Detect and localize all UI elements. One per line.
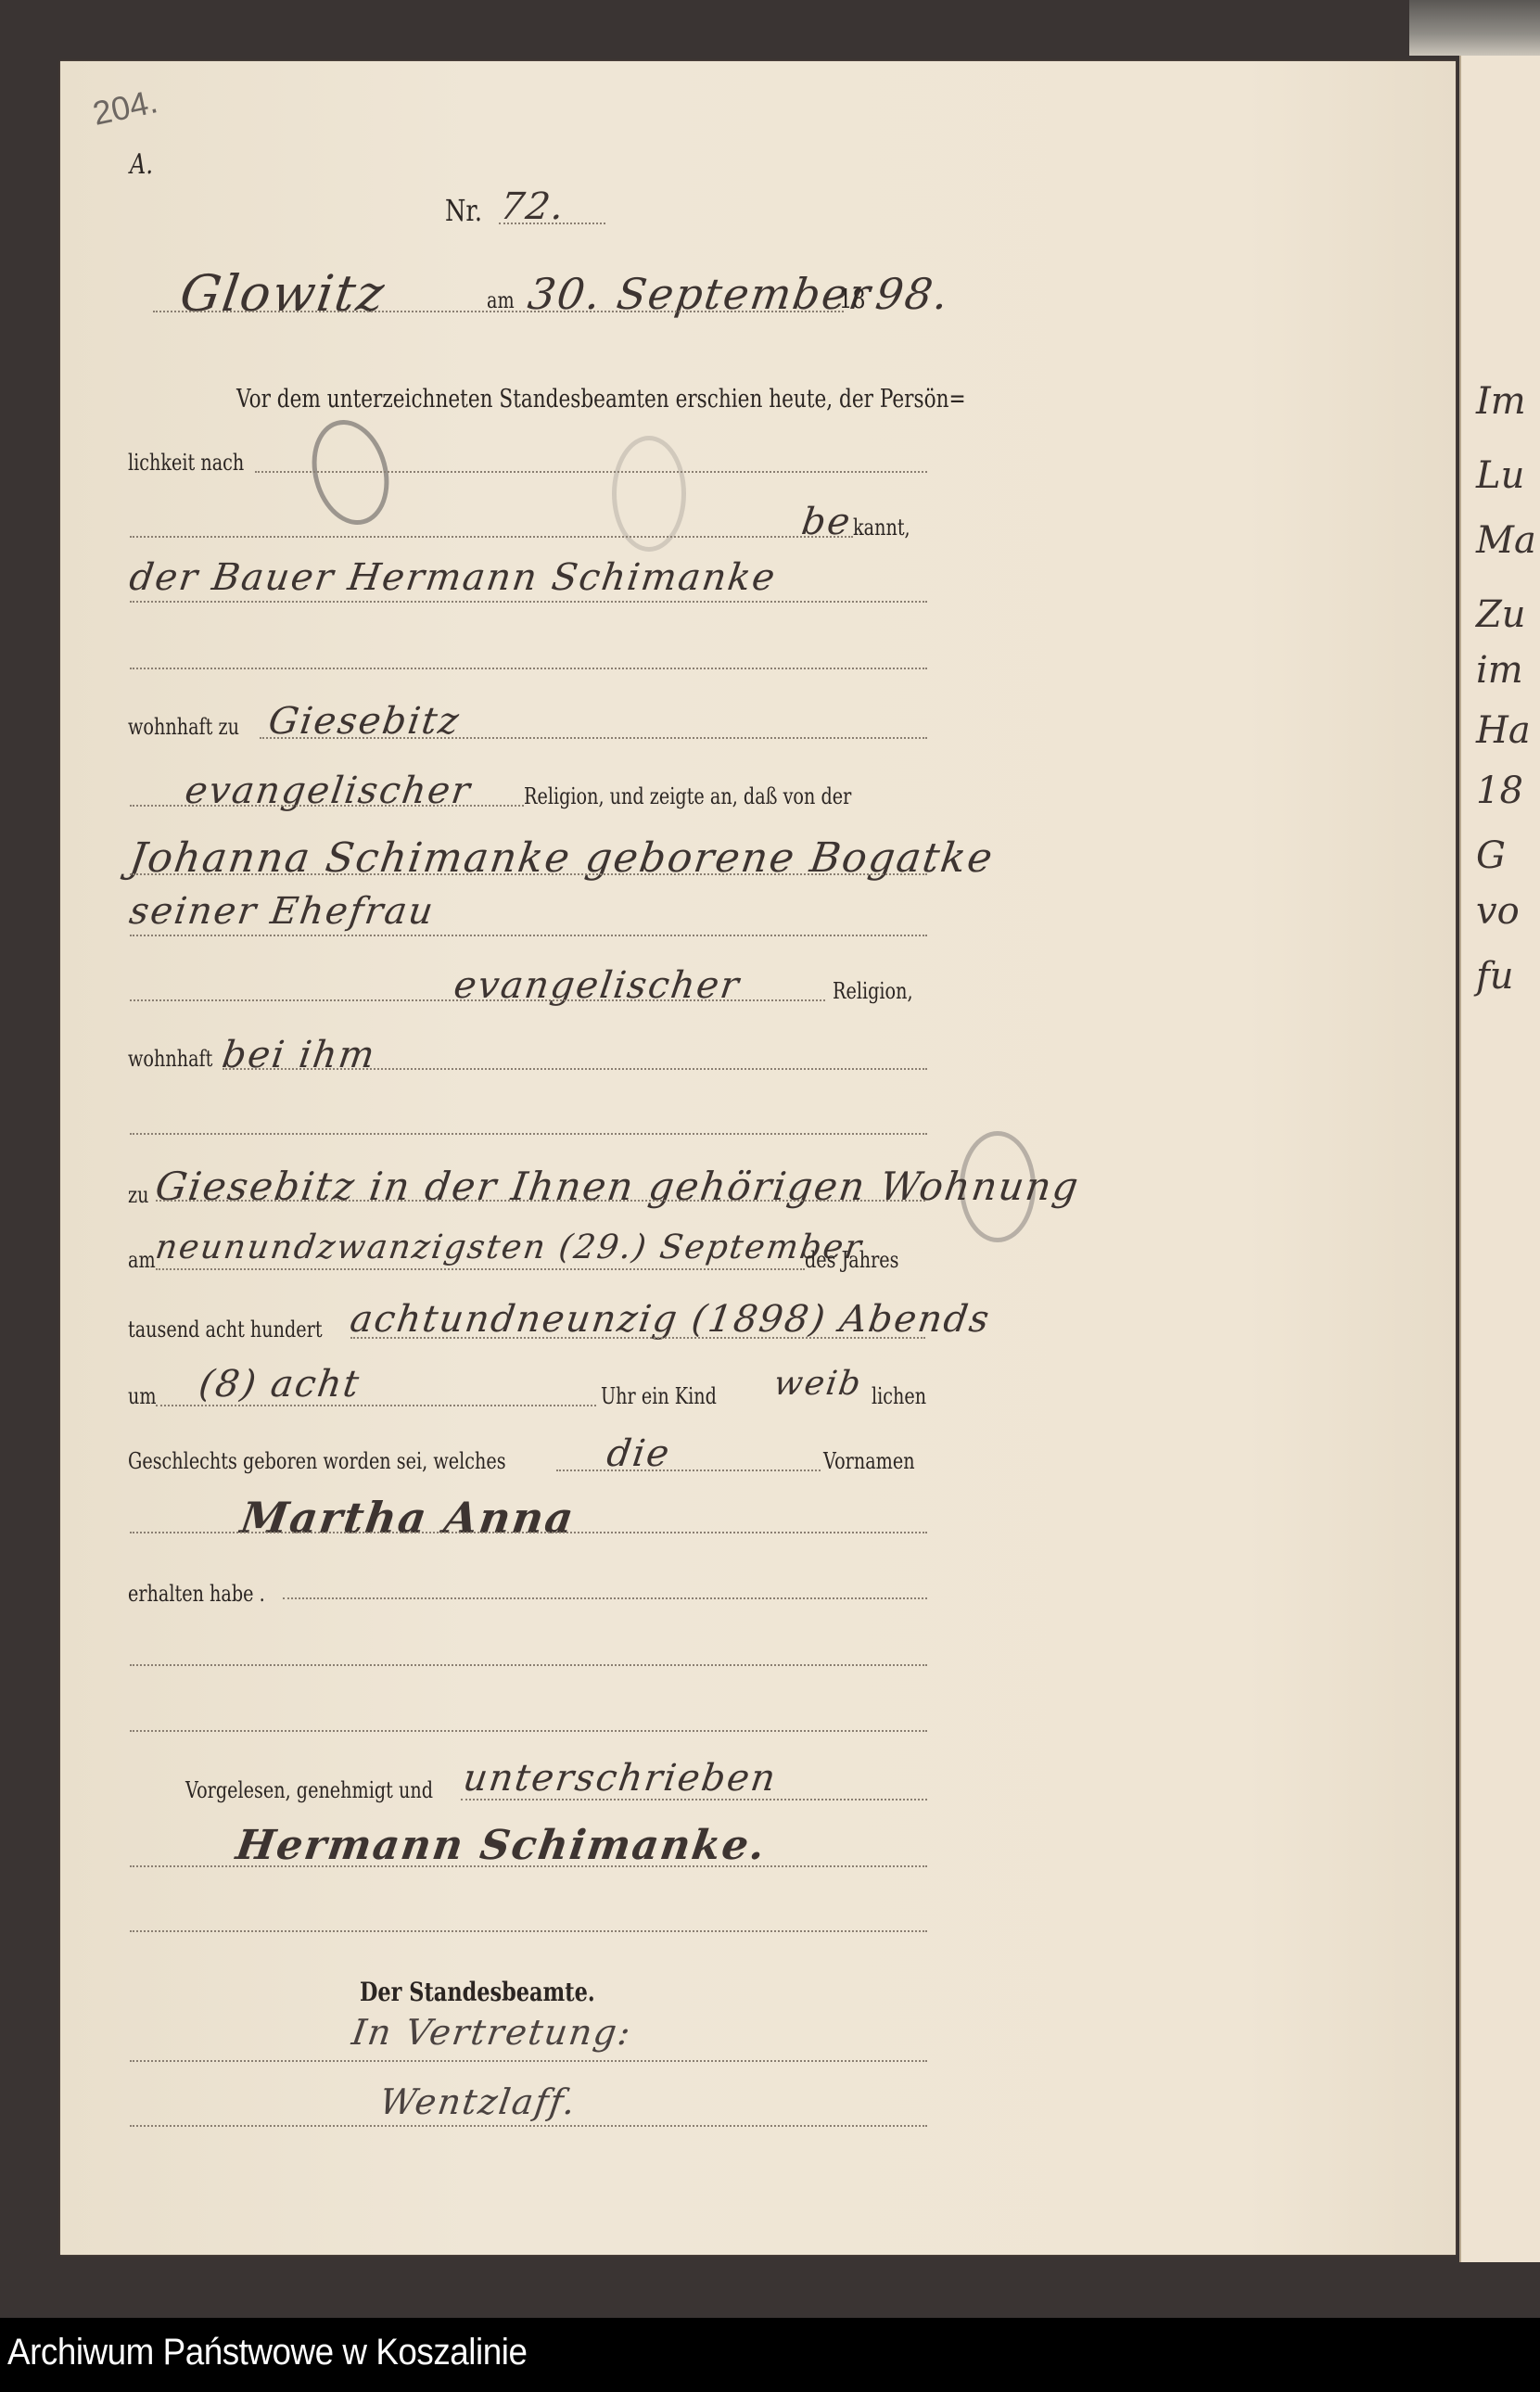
vorgelesen-label: Vorgelesen, genehmigt und: [185, 1777, 433, 1803]
facing-page-text: Zu: [1476, 593, 1526, 636]
dotted-line: [130, 873, 927, 875]
dotted-line: [130, 668, 927, 669]
dotted-line: [130, 999, 825, 1001]
geschlechts-label: Geschlechts geboren worden sei, welches: [128, 1448, 506, 1474]
residence-label: wohnhaft zu: [128, 714, 239, 740]
faded-stamp: [612, 436, 686, 552]
dotted-line: [130, 1664, 927, 1666]
tausend-label: tausend acht hundert: [128, 1317, 323, 1342]
informant-signature: Hermann Schimanke.: [233, 1822, 769, 1869]
dotted-line: [130, 601, 927, 603]
dotted-line: [260, 737, 927, 739]
informant-name: der Bauer Hermann Schimanke: [127, 556, 780, 599]
dotted-line: [130, 1532, 927, 1533]
dotted-line: [130, 2125, 927, 2127]
place-name: Glowitz: [177, 264, 389, 323]
birth-year: achtundneunzig (1898) Abends: [348, 1298, 994, 1341]
facing-page-text: Lu: [1476, 454, 1524, 497]
year-suffix: 98.: [872, 269, 953, 319]
child-given-names: Martha Anna: [237, 1493, 578, 1543]
dotted-line: [130, 1865, 927, 1867]
zu-label: zu: [128, 1182, 148, 1208]
um-label: um: [128, 1383, 157, 1409]
facing-page-text: Ma: [1476, 519, 1536, 562]
persoenlichkeit-label: lichkeit nach: [128, 450, 244, 476]
registrar-signature-line2: Wentzlaff.: [377, 2081, 579, 2122]
registrar-signature-line1: In Vertretung:: [350, 2012, 635, 2053]
facing-page-text: 18: [1476, 770, 1523, 812]
vornamen-label: Vornamen: [823, 1448, 915, 1474]
dotted-line: [156, 1200, 925, 1202]
dotted-line: [156, 1268, 805, 1270]
facing-page-text: Ha: [1476, 709, 1531, 752]
religion-label: Religion,: [833, 978, 913, 1004]
dotted-line: [130, 805, 524, 807]
lichen-label: lichen: [872, 1383, 926, 1409]
facing-page-text: G: [1476, 834, 1506, 877]
residence2-label: wohnhaft: [128, 1046, 212, 1072]
dotted-line: [130, 935, 927, 936]
birth-place: Giesebitz in der Ihnen gehörigen Wohnung: [153, 1164, 1083, 1209]
child-sex: weib: [771, 1365, 864, 1403]
am-label: am: [128, 1247, 156, 1273]
religion-statement: Religion, und zeigte an, daß von der: [524, 783, 851, 809]
facing-page-text: Im: [1476, 380, 1526, 423]
archive-name: Archiwum Państwowe w Koszalinie: [7, 2332, 527, 2373]
facing-page-text: vo: [1476, 890, 1520, 933]
book-spine-binding: [1409, 0, 1540, 56]
dotted-line: [255, 471, 927, 473]
facing-page-text: fu: [1476, 955, 1514, 998]
mother-relation: seiner Ehefrau: [127, 890, 438, 933]
dotted-line: [130, 1730, 927, 1732]
erhalten-label: erhalten habe .: [128, 1581, 265, 1607]
registrar-heading: Der Standesbeamte.: [360, 1977, 595, 2007]
birth-day: neunundzwanzigsten (29.) September: [153, 1228, 865, 1266]
signed-handwritten: unterschrieben: [461, 1757, 780, 1800]
dotted-line: [556, 1470, 821, 1471]
dotted-line: [130, 1930, 927, 1932]
dotted-line: [499, 223, 605, 224]
dotted-line: [156, 1405, 596, 1406]
dotted-line: [223, 1068, 927, 1070]
mother-residence: bei ihm: [220, 1034, 379, 1076]
record-number-label: Nr.: [445, 193, 482, 228]
dotted-line: [130, 1133, 927, 1135]
dotted-line: [350, 1337, 925, 1339]
des-jahres-label: des Jahres: [805, 1247, 899, 1273]
intro-text: Vor dem unterzeichneten Standesbeamten e…: [236, 385, 966, 414]
dotted-line: [283, 1597, 927, 1599]
uhr-label: Uhr ein Kind: [601, 1383, 717, 1409]
dotted-line: [130, 536, 853, 538]
dotted-line: [130, 2060, 927, 2062]
section-letter: A.: [130, 148, 153, 181]
dotted-line: [153, 311, 844, 312]
date-label: am: [487, 287, 515, 313]
dotted-line: [461, 1799, 927, 1800]
facing-page-text: im: [1476, 649, 1523, 692]
birth-hour: (8) acht: [197, 1363, 363, 1406]
known-label: kannt,: [853, 515, 910, 541]
